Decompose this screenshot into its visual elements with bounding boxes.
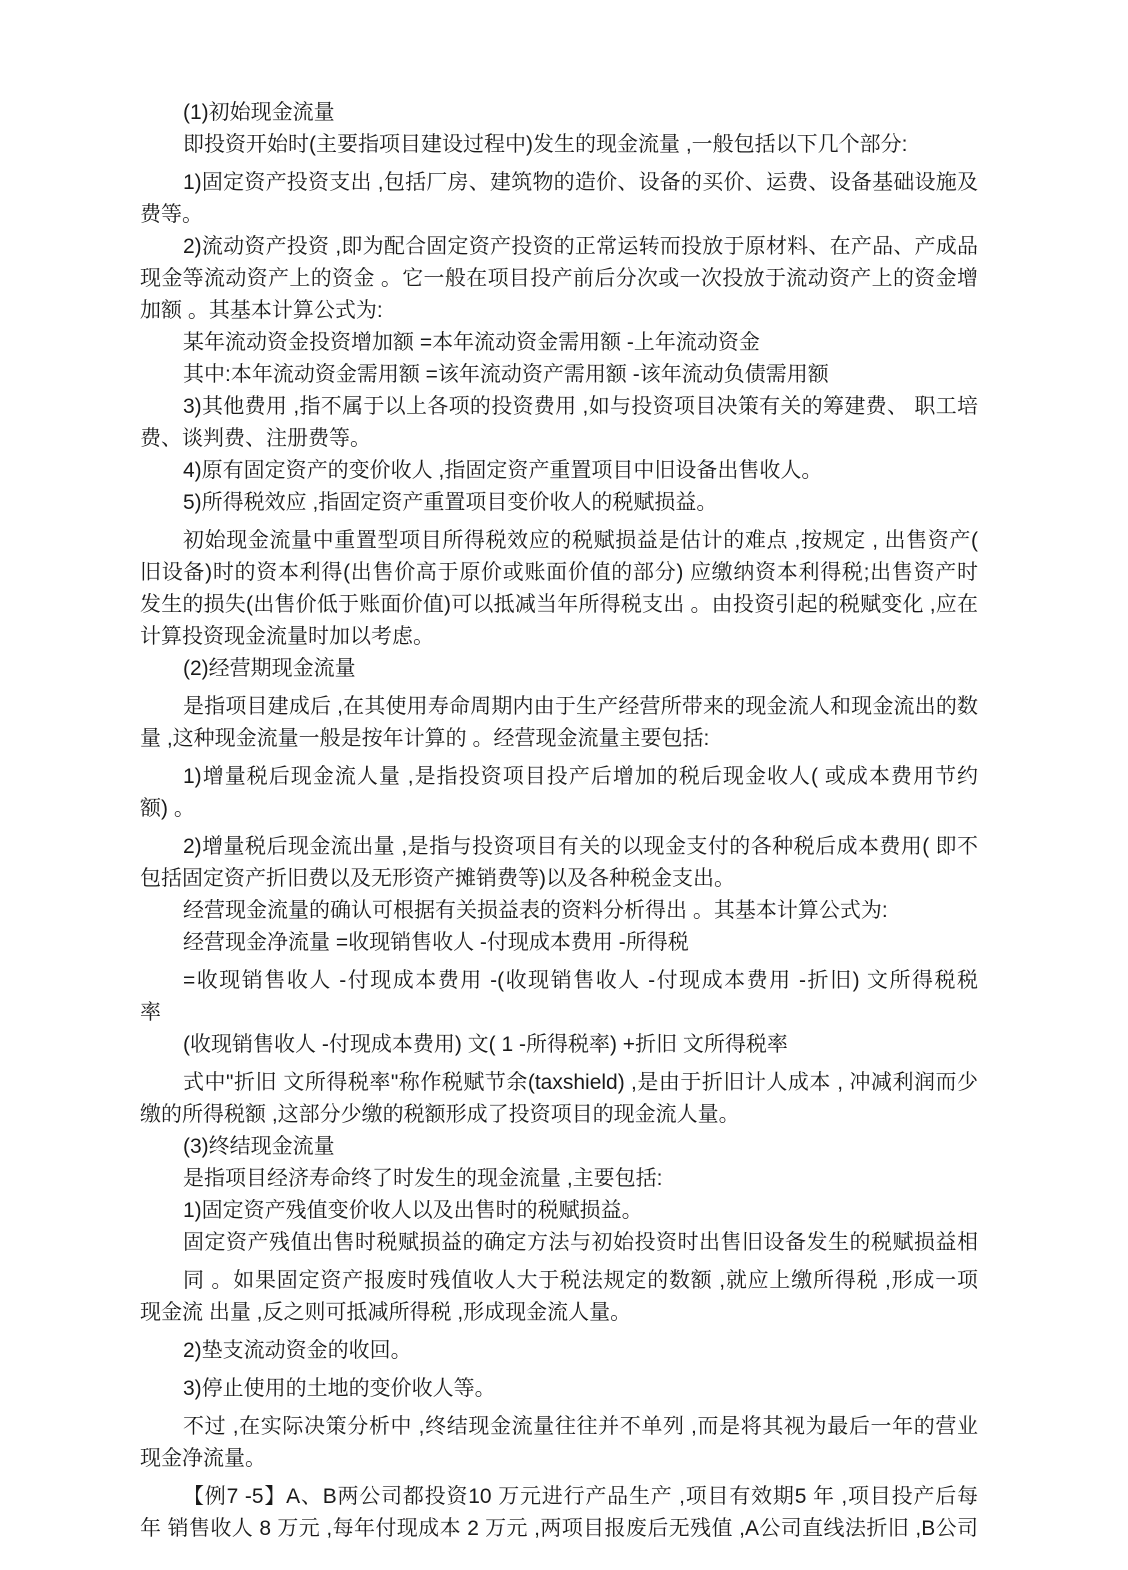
text-line: 初始现金流量中重置型项目所得税效应的税赋损益是估计的难点 ,按规定 , 出售资产… bbox=[140, 525, 978, 557]
text-line: 现金等流动资产上的资金 。它一般在项目投产前后分次或一次投放于流动资产上的资金增 bbox=[140, 263, 978, 295]
text-line: 【例7 -5】A、B两公司都投资10 万元进行产品生产 ,项目有效期5 年 ,项… bbox=[140, 1481, 978, 1513]
text-line: (2)经营期现金流量 bbox=[140, 653, 978, 685]
text-line: 固定资产残值出售时税赋损益的确定方法与初始投资时出售旧设备发生的税赋损益相 bbox=[140, 1227, 978, 1259]
text-line: =收现销售收人 -付现成本费用 -(收现销售收人 -付现成本费用 -折旧) 文所… bbox=[140, 965, 978, 997]
document-text-block: (1)初始现金流量即投资开始时(主要指项目建设过程中)发生的现金流量 ,一般包括… bbox=[140, 97, 978, 1545]
text-line: 年 销售收人 8 万元 ,每年付现成本 2 万元 ,两项目报废后无残值 ,A公司… bbox=[140, 1513, 978, 1545]
text-line: 率 bbox=[140, 997, 978, 1029]
text-line: 3)其他费用 ,指不属于以上各项的投资费用 ,如与投资项目决策有关的筹建费、 职… bbox=[140, 391, 978, 423]
text-line: 式中"折旧 文所得税率"称作税赋节余(taxshield) ,是由于折旧计人成本… bbox=[140, 1067, 978, 1099]
text-line: 现金流 出量 ,反之则可抵减所得税 ,形成现金流人量。 bbox=[140, 1297, 978, 1329]
text-line: 费、谈判费、注册费等。 bbox=[140, 423, 978, 455]
text-line: 不过 ,在实际决策分析中 ,终结现金流量往往并不单列 ,而是将其视为最后一年的营… bbox=[140, 1411, 978, 1443]
text-line: 是指项目经济寿命终了时发生的现金流量 ,主要包括: bbox=[140, 1163, 978, 1195]
text-line: 同 。如果固定资产报废时残值收人大于税法规定的数额 ,就应上缴所得税 ,形成一项 bbox=[140, 1265, 978, 1297]
text-line: 现金净流量。 bbox=[140, 1443, 978, 1475]
text-line: 即投资开始时(主要指项目建设过程中)发生的现金流量 ,一般包括以下几个部分: bbox=[140, 129, 978, 161]
text-line: 包括固定资产折旧费以及无形资产摊销费等)以及各种税金支出。 bbox=[140, 863, 978, 895]
text-line: 1)增量税后现金流人量 ,是指投资项目投产后增加的税后现金收人( 或成本费用节约 bbox=[140, 761, 978, 793]
text-line: 其中:本年流动资金需用额 =该年流动资产需用额 -该年流动负债需用额 bbox=[140, 359, 978, 391]
text-line: 是指项目建成后 ,在其使用寿命周期内由于生产经营所带来的现金流人和现金流出的数 bbox=[140, 691, 978, 723]
text-line: 量 ,这种现金流量一般是按年计算的 。经营现金流量主要包括: bbox=[140, 723, 978, 755]
text-line: 缴的所得税额 ,这部分少缴的税额形成了投资项目的现金流人量。 bbox=[140, 1099, 978, 1131]
text-line: 2)增量税后现金流出量 ,是指与投资项目有关的以现金支付的各种税后成本费用( 即… bbox=[140, 831, 978, 863]
text-line: 加额 。其基本计算公式为: bbox=[140, 295, 978, 327]
text-line: 发生的损失(出售价低于账面价值)可以抵减当年所得税支出 。由投资引起的税赋变化 … bbox=[140, 589, 978, 621]
text-line: 1)固定资产残值变价收人以及出售时的税赋损益。 bbox=[140, 1195, 978, 1227]
text-line: (1)初始现金流量 bbox=[140, 97, 978, 129]
text-line: 4)原有固定资产的变价收人 ,指固定资产重置项目中旧设备出售收人。 bbox=[140, 455, 978, 487]
text-line: 2)垫支流动资金的收回。 bbox=[140, 1335, 978, 1367]
text-line: 5)所得税效应 ,指固定资产重置项目变价收人的税赋损益。 bbox=[140, 487, 978, 519]
text-line: 经营现金净流量 =收现销售收人 -付现成本费用 -所得税 bbox=[140, 927, 978, 959]
text-line: 计算投资现金流量时加以考虑。 bbox=[140, 621, 978, 653]
text-line: 3)停止使用的土地的变价收人等。 bbox=[140, 1373, 978, 1405]
document-page: (1)初始现金流量即投资开始时(主要指项目建设过程中)发生的现金流量 ,一般包括… bbox=[0, 0, 1128, 1570]
text-line: 经营现金流量的确认可根据有关损益表的资料分析得出 。其基本计算公式为: bbox=[140, 895, 978, 927]
text-line: 2)流动资产投资 ,即为配合固定资产投资的正常运转而投放于原材料、在产品、产成品… bbox=[140, 231, 978, 263]
text-line: 费等。 bbox=[140, 199, 978, 231]
text-line: (收现销售收人 -付现成本费用) 文( 1 -所得税率) +折旧 文所得税率 bbox=[140, 1029, 978, 1061]
text-line: (3)终结现金流量 bbox=[140, 1131, 978, 1163]
text-line: 旧设备)时的资本利得(出售价高于原价或账面价值的部分) 应缴纳资本利得税;出售资… bbox=[140, 557, 978, 589]
text-line: 额) 。 bbox=[140, 793, 978, 825]
text-line: 1)固定资产投资支出 ,包括厂房、建筑物的造价、设备的买价、运费、设备基础设施及… bbox=[140, 167, 978, 199]
text-line: 某年流动资金投资增加额 =本年流动资金需用额 -上年流动资金 bbox=[140, 327, 978, 359]
